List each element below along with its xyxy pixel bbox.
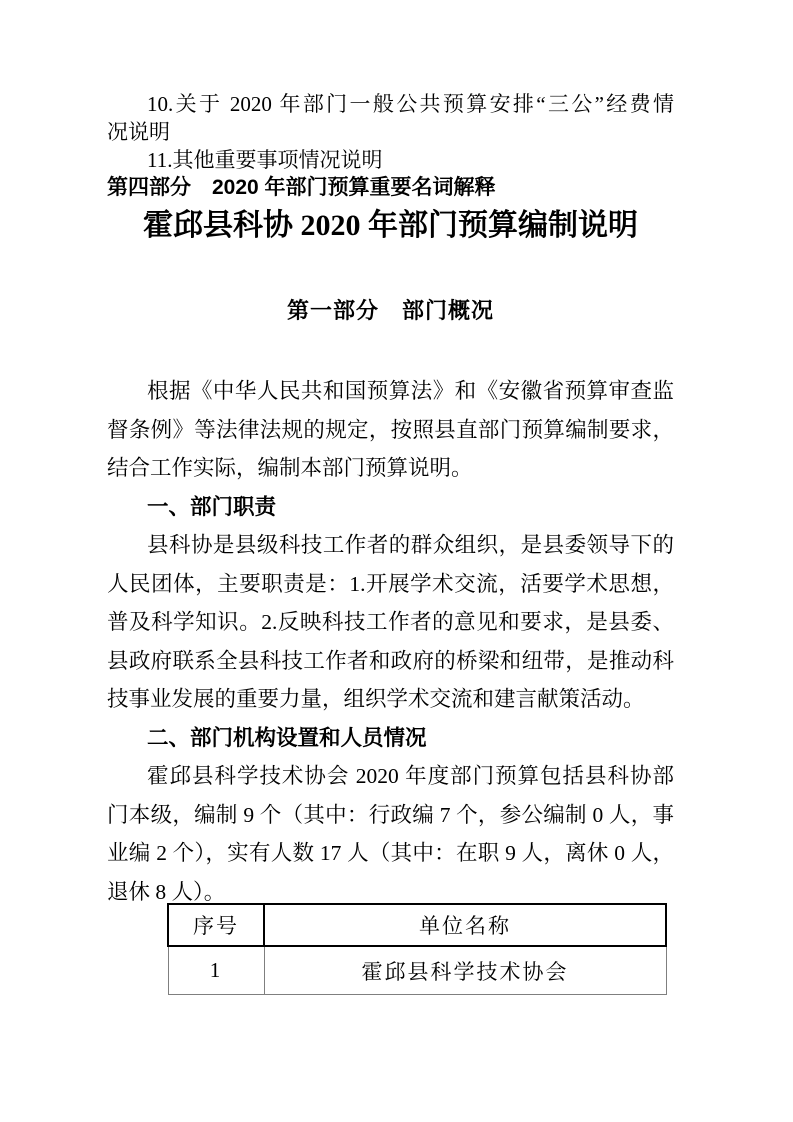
document-title: 霍邱县科协 2020 年部门预算编制说明 <box>107 205 674 247</box>
section-2-heading: 二、部门机构设置和人员情况 <box>107 719 674 758</box>
table-header-row: 序号 单位名称 <box>168 904 666 946</box>
intro-line: 根据《中华人民共和国预算法》和《安徽省预算审查监 <box>107 372 674 411</box>
section-1-line: 普及科学知识。2.反映科技工作者的意见和要求，是县委、 <box>107 603 674 642</box>
toc-item-10-line-1: 10.关于 2020 年部门一般公共预算安排“三公”经费情 <box>107 90 674 118</box>
document-page: 10.关于 2020 年部门一般公共预算安排“三公”经费情 况说明 11.其他重… <box>0 0 793 1122</box>
table-cell-unit-name: 霍邱县科学技术协会 <box>264 946 666 995</box>
toc-item-11: 11.其他重要事项情况说明 <box>107 146 674 174</box>
section-1-line: 县科协是县级科技工作者的群众组织，是县委领导下的 <box>107 526 674 565</box>
section-1-line: 人民团体，主要职责是：1.开展学术交流，活要学术思想， <box>107 565 674 604</box>
toc-part-4-heading: 第四部分 2020 年部门预算重要名词解释 <box>107 174 674 202</box>
unit-table: 序号 单位名称 1 霍邱县科学技术协会 <box>167 903 667 995</box>
table-header-unit-name: 单位名称 <box>264 904 666 946</box>
section-1-line: 技事业发展的重要力量，组织学术交流和建言献策活动。 <box>107 680 674 719</box>
part-1-heading: 第一部分 部门概况 <box>107 296 674 326</box>
intro-line: 结合工作实际，编制本部门预算说明。 <box>107 449 674 488</box>
section-2-line: 门本级，编制 9 个（其中：行政编 7 个，参公编制 0 人，事 <box>107 796 674 835</box>
section-2-line: 霍邱县科学技术协会 2020 年度部门预算包括县科协部 <box>107 757 674 796</box>
section-2-line: 业编 2 个），实有人数 17 人（其中：在职 9 人，离休 0 人， <box>107 834 674 873</box>
table-row: 1 霍邱县科学技术协会 <box>168 946 666 995</box>
page-content: 10.关于 2020 年部门一般公共预算安排“三公”经费情 况说明 11.其他重… <box>107 0 674 995</box>
table-cell-index: 1 <box>168 946 264 995</box>
toc-fragment: 10.关于 2020 年部门一般公共预算安排“三公”经费情 况说明 11.其他重… <box>107 90 674 202</box>
toc-item-10-line-2: 况说明 <box>107 118 674 146</box>
intro-line: 督条例》等法律法规的规定，按照县直部门预算编制要求， <box>107 411 674 450</box>
section-1-line: 县政府联系全县科技工作者和政府的桥梁和纽带，是推动科 <box>107 642 674 681</box>
section-1-heading: 一、部门职责 <box>107 488 674 527</box>
body-text: 根据《中华人民共和国预算法》和《安徽省预算审查监 督条例》等法律法规的规定，按照… <box>107 372 674 911</box>
